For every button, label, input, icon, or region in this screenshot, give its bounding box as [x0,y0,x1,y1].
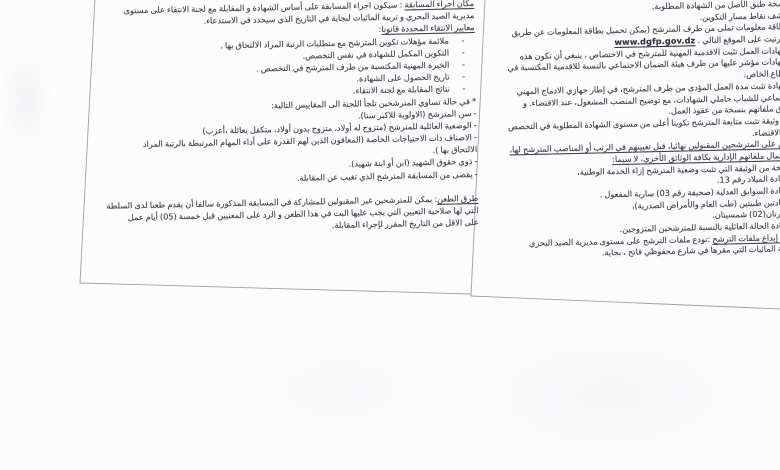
text-run: معايير الانتقاء المحددة قانونا [381,22,474,34]
text-run: على الاقل من التاريخ المقرر لإجراء المقا… [332,217,479,230]
text-run: - كشف نقاط مسار التكوين. [700,10,780,22]
text-run: مكان إيداع ملفات الترشح [712,232,780,244]
website-link: www.dgfp.gov.dz [614,35,695,47]
text-run: - سن المترشح (الاولوية للاكبر سنا). [358,108,477,120]
text-run: القطاع الخاص. [743,68,780,79]
right-column: - نسخة طبق الأصل من الشهادة المطلوبة.- ك… [484,0,780,262]
text-run: - نتائج المقابلة مع لجنة الانتقاء. [353,83,476,96]
text-run: طرق الطعن [437,193,478,204]
text-run: - صورتان(02) شمسيتان. [712,208,780,220]
text-run: الالتحاق بها ). [432,144,477,155]
table-bottom-border-left [80,283,471,294]
scanned-document-page: مكان اجراء المسابقة : سيكون اجراء المساب… [0,0,780,470]
text-run: - ذوي حقوق الشهيد (ابن أو ابنة شهيد). [348,156,477,169]
left-column: مكان اجراء المسابقة : سيكون اجراء المساب… [90,0,479,237]
text-run: ارفاق ملفاتهم بنسخة من عقود العمل. [668,103,780,116]
text-run: مكان اجراء المسابقة [404,0,474,9]
table-bottom-border-right [471,296,780,309]
text-run: - يقصى من المسابقة المترشح الذي تغيب عن … [297,169,478,183]
text-run: الانترنيت على الموقع التالي . [695,33,780,45]
text-run: - شهادة الميلاد رقم 13. [717,173,780,185]
text-run: عند الاقتضاء. [752,127,780,138]
